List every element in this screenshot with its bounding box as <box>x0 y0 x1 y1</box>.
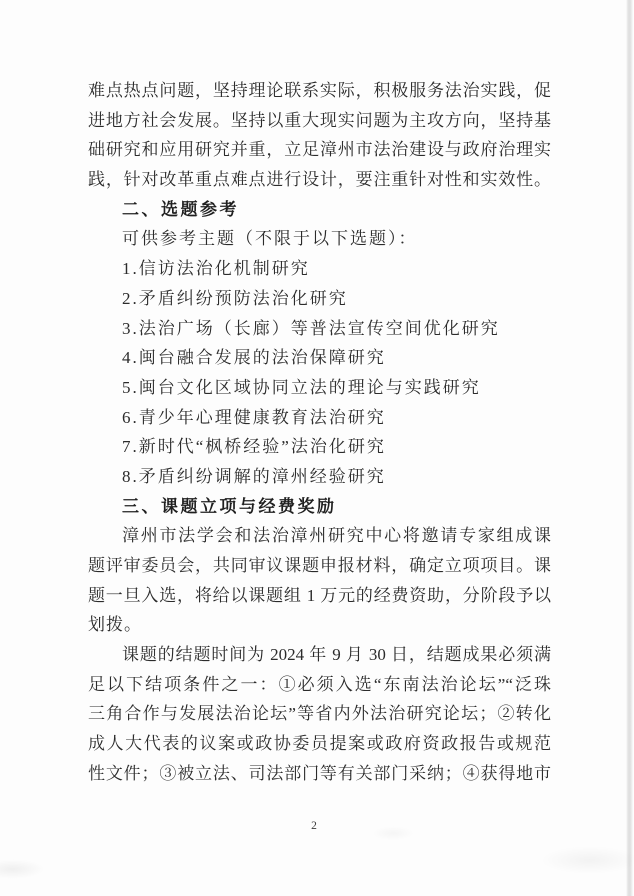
list-item-line: 6.青少年心理健康教育法治研究 <box>88 403 551 433</box>
list-item-line: 3.法治广场（长廊）等普法宣传空间优化研究 <box>88 314 551 344</box>
document-text-line: 题一旦入选，将给以课题组 1 万元的经费资助，分阶段予以 <box>88 581 551 611</box>
document-text-line: 三角合作与发展法治论坛”等省内外法治研究论坛；②转化 <box>88 699 551 729</box>
list-item-line: 8.矛盾纠纷调解的漳州经验研究 <box>88 462 551 492</box>
page-number: 2 <box>0 820 628 832</box>
list-item-line: 1.信访法治化机制研究 <box>88 254 551 284</box>
document-text-line: 课题的结题时间为 2024 年 9 月 30 日，结题成果必须满 <box>88 640 551 670</box>
document-text-line: 进地方社会发展。坚持以重大现实问题为主攻方向，坚持基 <box>88 106 551 136</box>
document-body: 难点热点问题，坚持理论联系实际，积极服务法治实践，促进地方社会发展。坚持以重大现… <box>88 76 551 789</box>
document-text-line: 难点热点问题，坚持理论联系实际，积极服务法治实践，促 <box>88 76 551 106</box>
list-item-line: 可供参考主题（不限于以下选题）： <box>88 224 551 254</box>
document-text-line: 践，针对改革重点难点进行设计，要注重针对性和实效性。 <box>88 165 551 195</box>
list-item-line: 4.闽台融合发展的法治保障研究 <box>88 343 551 373</box>
list-item-line: 2.矛盾纠纷预防法治化研究 <box>88 284 551 314</box>
list-item-line: 7.新时代“枫桥经验”法治化研究 <box>88 432 551 462</box>
scanned-document-page: 难点热点问题，坚持理论联系实际，积极服务法治实践，促进地方社会发展。坚持以重大现… <box>0 0 634 896</box>
document-text-line: 漳州市法学会和法治漳州研究中心将邀请专家组成课 <box>88 521 551 551</box>
document-text-line: 性文件；③被立法、司法部门等有关部门采纳；④获得地市 <box>88 759 551 789</box>
document-text-line: 足以下结项条件之一：①必须入选“东南法治论坛”“泛珠 <box>88 670 551 700</box>
section-heading: 二、选题参考 <box>88 195 551 225</box>
document-text-line: 题评审委员会，共同审议课题申报材料，确定立项项目。课 <box>88 551 551 581</box>
document-text-line: 础研究和应用研究并重，立足漳州市法治建设与政府治理实 <box>88 135 551 165</box>
document-text-line: 成人大代表的议案或政协委员提案或政府资政报告或规范 <box>88 729 551 759</box>
section-heading: 三、课题立项与经费奖励 <box>88 492 551 522</box>
document-text-line: 划拨。 <box>88 610 551 640</box>
list-item-line: 5.闽台文化区域协同立法的理论与实践研究 <box>88 373 551 403</box>
